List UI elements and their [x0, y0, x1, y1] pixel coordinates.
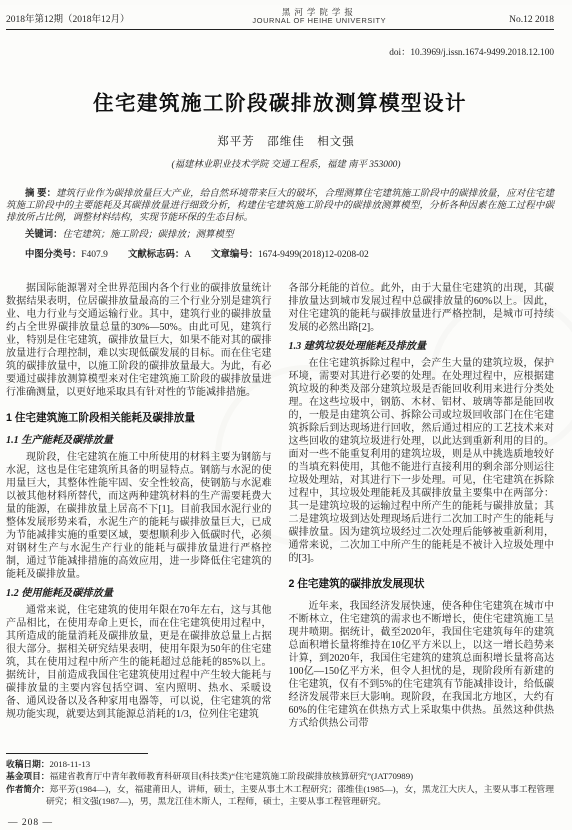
affiliation: (福建林业职业技术学院 交通工程系，福建 南平 353000): [0, 156, 572, 170]
doc-code: A: [184, 250, 191, 260]
journal-name: 黑河学院学报 JOURNAL OF HEIHE UNIVERSITY: [252, 7, 386, 26]
abstract-block: 摘 要：建筑行业作为碳排放量巨大产业，给自然环境带来巨大的破坏，合理测算住宅建筑…: [6, 187, 554, 263]
authors: 郑平芳 邵维佳 相文强: [0, 133, 572, 149]
abstract-text: 建筑行业作为碳排放量巨大产业，给自然环境带来巨大的破坏，合理测算住宅建筑施工阶段…: [6, 189, 554, 223]
abstract: 摘 要：建筑行业作为碳排放量巨大产业，给自然环境带来巨大的破坏，合理测算住宅建筑…: [6, 187, 554, 225]
author-bio-label: 作者简介：: [6, 784, 49, 794]
subsection-heading-1-1: 1.1 生产能耗及碳排放量: [6, 434, 272, 447]
fund-project-label: 基金项目：: [6, 771, 49, 781]
received-date-label: 收稿日期：: [6, 759, 49, 769]
keywords-text: 住宅建筑；施工阶段；碳排放；测算模型: [63, 230, 234, 240]
doi: doi：10.3969/j.issn.1674-9499.2018.12.100: [6, 44, 554, 58]
keywords-label: 关键词：: [25, 228, 63, 239]
abstract-label: 摘 要：: [25, 187, 56, 198]
paragraph-1-3: 在住宅建筑拆除过程中，会产生大量的建筑垃圾，保护环境，需要对其进行必要的处理。在…: [289, 357, 555, 565]
subsection-heading-1-2: 1.2 使用能耗及碳排放量: [6, 587, 272, 600]
footnote-rule: [6, 753, 148, 754]
right-column: 各部分耗能的首位。此外，由于大量住宅建筑的出现，其碳排放量达到城市发展过程中总碳…: [289, 282, 555, 730]
clc-number: F407.9: [81, 250, 108, 260]
journal-page: 2018年第12期（2018年12月） 黑河学院学报 JOURNAL OF HE…: [0, 5, 572, 830]
journal-header: 2018年第12期（2018年12月） 黑河学院学报 JOURNAL OF HE…: [6, 5, 554, 30]
left-column: 据国际能源署对全世界范围内各个行业的碳排放量统计数据结果表明，位居碳排放量最高的…: [6, 282, 272, 730]
footnote-block: 收稿日期：2018-11-13 基金项目：福建省教育厅中青年教师教育科研项目(科…: [6, 753, 554, 807]
subsection-heading-1-3: 1.3 建筑垃圾处理能耗及排放量: [289, 340, 555, 353]
article-body: 据国际能源署对全世界范围内各个行业的碳排放量统计数据结果表明，位居碳排放量最高的…: [6, 282, 554, 730]
clc-label: 中图分类号：: [25, 248, 81, 259]
author-bio: 郑平芳(1984—)，女，福建莆田人，讲师，硕士，主要从事土木工程研究；邵维佳(…: [46, 784, 554, 806]
journal-name-en: JOURNAL OF HEIHE UNIVERSITY: [252, 17, 386, 26]
received-date: 2018-11-13: [49, 759, 90, 769]
issue-info-right: No.12 2018: [509, 15, 554, 26]
classification-line: 中图分类号：F407.9文献标志码：A文章编号：1674-9499(2018)1…: [6, 248, 554, 262]
article-id: 1674-9499(2018)12-0208-02: [258, 250, 369, 260]
keywords: 关键词：住宅建筑；施工阶段；碳排放；测算模型: [6, 228, 554, 242]
paragraph-1-2: 通常来说，住宅建筑的使用年限在70年左右，这与其他产品相比，在使用寿命上更长，而…: [6, 604, 272, 721]
section-heading-2: 2 住宅建筑的碳排放发展现状: [289, 578, 555, 591]
fund-project: 福建省教育厅中青年教师教育科研项目(科技类)“住宅建筑施工阶段碳排放核算研究”(…: [49, 771, 413, 781]
section-heading-1: 1 住宅建筑施工阶段相关能耗及碳排放量: [6, 412, 272, 425]
issue-info-left: 2018年第12期（2018年12月）: [6, 11, 130, 26]
paragraph-2: 近年来，我国经济发展快速，使各种住宅建筑在城市中不断林立，住宅建筑的需求也不断增…: [289, 600, 555, 730]
doc-code-label: 文献标志码：: [128, 248, 184, 259]
article-id-label: 文章编号：: [211, 248, 258, 259]
paragraph-1-2-continued: 各部分耗能的首位。此外，由于大量住宅建筑的出现，其碳排放量达到城市发展过程中总碳…: [289, 282, 555, 334]
received-date-line: 收稿日期：2018-11-13: [6, 758, 554, 770]
page-number: — 208 —: [8, 818, 53, 828]
fund-project-line: 基金项目：福建省教育厅中青年教师教育科研项目(科技类)“住宅建筑施工阶段碳排放核…: [6, 770, 554, 782]
author-bio-line: 作者简介：郑平芳(1984—)，女，福建莆田人，讲师，硕士，主要从事土木工程研究…: [6, 783, 554, 807]
paragraph-1-1: 现阶段，住宅建筑在施工中所使用的材料主要为钢筋与水泥，这也是住宅建筑所具备的明显…: [6, 451, 272, 581]
paragraph-intro: 据国际能源署对全世界范围内各个行业的碳排放量统计数据结果表明，位居碳排放量最高的…: [6, 282, 272, 399]
article-title: 住宅建筑施工阶段碳排放测算模型设计: [6, 86, 554, 116]
